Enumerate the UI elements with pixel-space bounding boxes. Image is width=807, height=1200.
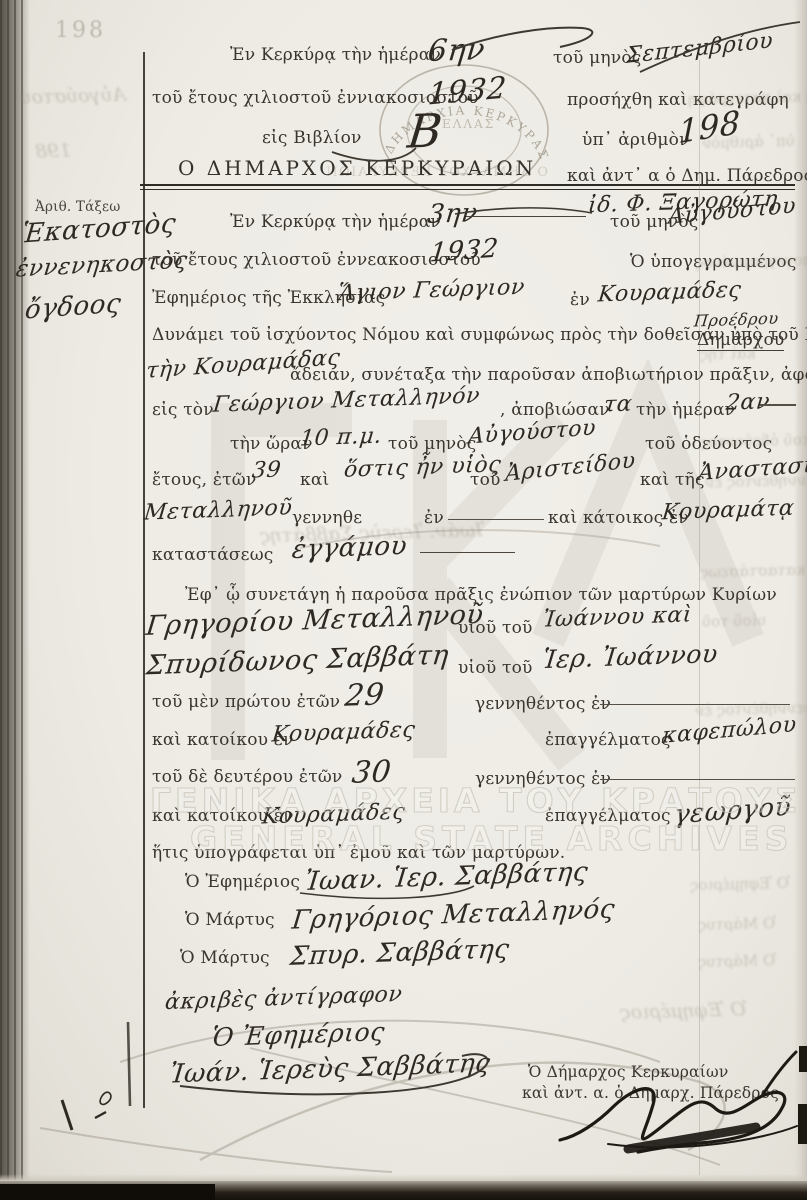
act-l8a: ἔτους, ἐτῶν bbox=[152, 470, 256, 490]
act-l9-surname-hw: Μεταλληνοῦ bbox=[143, 495, 294, 525]
binding-streaks bbox=[0, 0, 26, 1200]
bleedthrough-text: Ὁ Ἐφημέριος bbox=[690, 874, 790, 895]
witness-second-age-hw: 30 bbox=[350, 754, 393, 791]
witness1-father-hw: Ἰωάννου καὶ bbox=[542, 602, 694, 632]
bleedthrough-text: Ὁ ὑπογεγραμμένος bbox=[695, 250, 807, 272]
act-death-month-hw: Αὐγούστου bbox=[467, 415, 597, 449]
witness1-signature-hw: Γρηγόριος Μεταλληνός bbox=[291, 894, 617, 935]
act-death-day-dash bbox=[760, 404, 796, 406]
act-l6c: τὴν ἡμέραν bbox=[636, 400, 735, 420]
witness-second-born-label: γεννηθέντος ἐν bbox=[475, 769, 611, 789]
act-l6b-hw: τα bbox=[603, 391, 634, 417]
certified-copy-note-hw: ἀκριβὲς ἀντίγραφον bbox=[164, 982, 404, 1015]
act-l6a: εἰς τὸν bbox=[152, 400, 214, 420]
bleedthrough-script: Ὁ Ἐφημέριος bbox=[620, 998, 747, 1023]
act-l5: ἄδειαν, συνέταξα τὴν παροῦσαν ἀποβιωτήρι… bbox=[290, 365, 807, 385]
act-l3b: ἐν bbox=[570, 290, 590, 310]
witness2-name-hw: Σπυρίδωνος Σαββάτη bbox=[144, 640, 450, 682]
ink-marks bbox=[62, 1022, 130, 1130]
bleedthrough-text: τοῦ ὁδεύοντος bbox=[700, 431, 807, 452]
witness-first-village-hw: Κουραμάδες bbox=[271, 717, 417, 747]
priest-signature-label: Ὁ Ἐφημέριος bbox=[185, 872, 300, 892]
bleedthrough-text: Ὁ Μάρτυς bbox=[698, 914, 776, 934]
mayor-attestation-deputy: καὶ ἀντ. α. ὁ Δημαρχ. Πάρεδρος bbox=[522, 1084, 779, 1102]
bleedthrough-script: Αὐγούστου bbox=[20, 84, 127, 109]
reg-book-handwritten: Β bbox=[405, 103, 445, 158]
act-day-hw: 3ην bbox=[426, 198, 479, 230]
act-village-hw: Κουραμάδες bbox=[597, 277, 743, 307]
witness-second-profession-hw: γεωργοῦ bbox=[673, 792, 792, 830]
act-l8c: τοῦ bbox=[470, 470, 501, 490]
act-l8b: καὶ bbox=[300, 470, 329, 490]
witness-first-profession-label: ἐπαγγέλματος bbox=[545, 730, 671, 750]
reg-day-handwritten: 6ην bbox=[426, 32, 487, 69]
witness2-label: υἱοῦ τοῦ bbox=[458, 658, 533, 678]
act-day-flourish bbox=[466, 216, 586, 217]
copy-priest-title-hw: Ὁ Ἐφημέριος bbox=[211, 1017, 387, 1052]
bottom-shadow bbox=[0, 1174, 807, 1181]
act-l1a: Ἐν Κερκύρᾳ τὴν ἡμέραν bbox=[230, 212, 441, 232]
witness1-name-hw: Γρηγορίου Μεταλληνοῦ bbox=[144, 599, 485, 642]
margin-ordinal-3: ὄγδοος bbox=[24, 288, 123, 325]
reg-line3-left: εἰς Βιβλίον bbox=[262, 128, 362, 148]
bleedthrough-text: προσήχθη καὶ κατεγράφη bbox=[688, 85, 807, 108]
bleedthrough-text: καταστάσεως bbox=[700, 561, 806, 582]
witness2-signature-hw: Σπυρ. Σαββάτης bbox=[288, 934, 511, 972]
copy-priest-signature-hw: Ἰωάν. Ἱερεὺς Σαββάτης bbox=[169, 1048, 492, 1089]
reg-line1-left: Ἐν Κερκύρᾳ τὴν ἡμέραν bbox=[230, 45, 441, 65]
document-scan: ΔΗΜΑΡΧΙΑ ΚΕΡΚΥΡΑΣ ΕΛΛΑΣ Ο ΔΗΜΑΡΧΟΣ ΚΕΡΚΥ… bbox=[0, 0, 807, 1200]
act-father-hw: Ἀριστείδου bbox=[505, 448, 636, 487]
bleedthrough-text: Ὁ Μάρτυς bbox=[698, 951, 776, 971]
act-church-hw: Ἅγιον Γεώργιον bbox=[337, 275, 526, 307]
reg-line3-right: ὑπ᾽ ἀριθμὸν bbox=[582, 130, 690, 150]
stamp-center-text: ΕΛΛΑΣ bbox=[442, 117, 495, 131]
act-hour-hw: 10 π.μ. bbox=[299, 424, 384, 452]
act-deceased-hw: Γεώργιον Μεταλληνόν bbox=[212, 383, 482, 417]
mayor-title-printed: Ο ΔΗΜΑΡΧΟΣ ΚΕΡΚΥΡΑΙΩΝ bbox=[178, 156, 536, 180]
witness-first-age-hw: 29 bbox=[343, 677, 386, 714]
bleedthrough-text: ὑπ᾽ ἀριθμὸν bbox=[702, 132, 795, 152]
bleedthrough-script: 198 bbox=[35, 140, 72, 163]
bleedthrough-text: γεννηθέντος ἐν bbox=[705, 470, 807, 491]
mayor-attestation-title: Ὁ Δήμαρχος Κερκυραίων bbox=[528, 1063, 728, 1081]
act-l10a: καταστάσεως bbox=[152, 545, 273, 565]
bleedthrough-text: υἱοῦ τοῦ bbox=[702, 611, 767, 631]
witness2-signature-label: Ὁ Μάρτυς bbox=[180, 948, 270, 968]
witness1-signature-label: Ὁ Μάρτυς bbox=[185, 910, 275, 930]
act-year-hw: 1932 bbox=[428, 233, 500, 268]
act-l4-correction-hw: Προέδρου bbox=[693, 308, 780, 330]
act-l8d: καὶ τῆς bbox=[640, 470, 705, 490]
witness-second-village-hw: Κουραμάδες bbox=[261, 799, 407, 829]
act-l9-village-hw: Κουραμάτᾳ bbox=[661, 496, 796, 526]
bleedthrough-text: καὶ τῆς bbox=[700, 344, 756, 363]
witness-second-profession-label: ἐπαγγέλματος bbox=[545, 806, 671, 826]
bottom-dark-blotch bbox=[0, 1184, 215, 1200]
edge-fragment bbox=[799, 1046, 807, 1072]
act-status-flourish bbox=[420, 552, 515, 553]
witness1-label: υἱοῦ τοῦ bbox=[458, 618, 533, 638]
bleedthrough-script: Ἰωάν. Ἱερεὺς Σαββάτης bbox=[260, 519, 485, 547]
act-l7b: τοῦ μηνὸς bbox=[388, 434, 477, 454]
witness2-father-hw: Ἱερ. Ἰωάννου bbox=[542, 639, 720, 674]
faint-page-number: 198 bbox=[55, 18, 106, 43]
act-age-hw: 39 bbox=[251, 457, 283, 483]
witness-second-age-label: τοῦ δὲ δευτέρου ἐτῶν bbox=[152, 767, 342, 787]
witness-first-born-label: γεννηθέντος ἐν bbox=[475, 694, 611, 714]
bleedthrough-text: γεννηθέντος ἐν bbox=[695, 698, 807, 719]
witness-first-age-label: τοῦ μὲν πρώτου ἐτῶν bbox=[152, 692, 340, 712]
act-death-day-hw: 2αν bbox=[725, 389, 772, 416]
deputy-note-printed: καὶ ἀντ᾽ α ὁ Δημ. Πάρεδρος bbox=[567, 166, 807, 186]
edge-fragment bbox=[798, 1104, 807, 1144]
witness-second-born-dash bbox=[600, 779, 795, 780]
